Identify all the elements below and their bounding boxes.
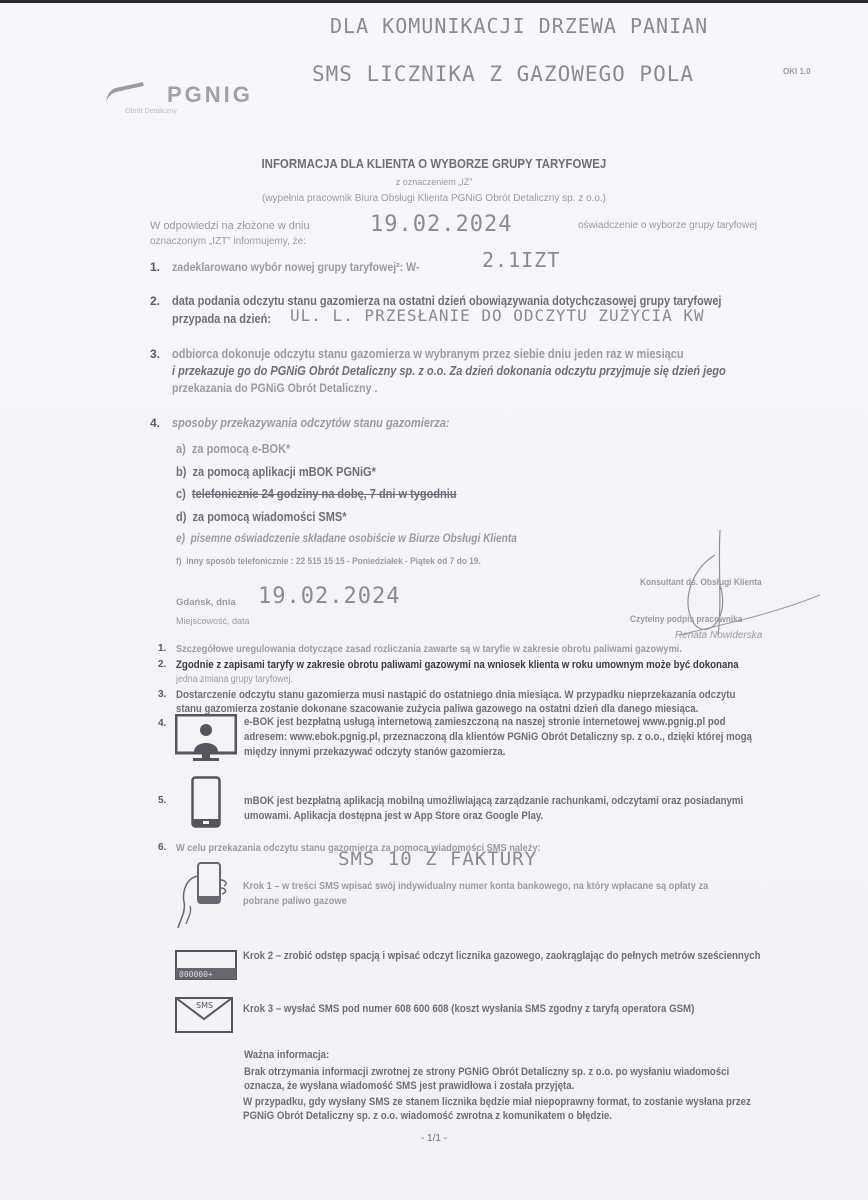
note-5-number: 5. [158, 795, 166, 806]
item-3-number: 3. [150, 347, 160, 361]
sms-handwritten-note: SMS 10 Z FAKTURY [338, 848, 537, 870]
note-5-line2: umowami. Aplikacja dostępna jest w App S… [244, 810, 543, 822]
item-1-number: 1. [150, 260, 160, 274]
step-1-line1: Krok 1 – w treści SMS wpisać swój indywi… [243, 880, 708, 892]
item-3-text3: przekazania do PGNiG Obrót Detaliczny . [172, 381, 377, 395]
note-3-text2: stanu gazomierza zostanie dokonane szaco… [176, 703, 698, 715]
note-4-line1: e-BOK jest bezpłatną usługą internetową … [244, 716, 726, 728]
intro-text-before: W odpowiedzi na złożone w dniu [150, 220, 310, 232]
page-title: INFORMACJA DLA KLIENTA O WYBORZE GRUPY T… [0, 156, 868, 171]
gas-meter-icon: 000000+ [175, 950, 237, 980]
item-1-text: zadeklarowano wybór nowej grupy taryfowe… [172, 260, 419, 274]
stamp-name: Renata Nowiderska [675, 630, 762, 641]
header-note: (wypełnia pracownik Biura Obsługi Klient… [0, 193, 868, 204]
logo-subtitle: Obrót Detaliczny [125, 108, 177, 115]
method-d: d) za pomocą wiadomości SMS* [176, 510, 347, 524]
item-2-number: 2. [150, 294, 160, 308]
item-2-text2: przypada na dzień: [172, 312, 271, 326]
hand-phone-icon [174, 862, 232, 928]
computer-user-icon [175, 714, 237, 762]
pgnig-logo: PGNIG Obrót Detaliczny [105, 78, 285, 118]
item-4-text: sposoby przekazywania odczytów stanu gaz… [172, 416, 450, 430]
step-2-line1: Krok 2 – zrobić odstęp spacją i wpisać o… [243, 950, 761, 962]
item-1-filled-value: 2.1IZT [482, 248, 560, 272]
note-4-line2: adresem: www.ebok.pgnig.pl, przeznaczoną… [244, 731, 752, 743]
method-f: f) inny sposób telefonicznie : 22 515 15… [176, 556, 481, 567]
note-2-number: 2. [158, 659, 166, 670]
intro-text-after: oświadczenie o wyborze grupy taryfowej [578, 220, 757, 231]
logo-swoosh-icon [104, 82, 146, 104]
note-6-number: 6. [158, 842, 166, 853]
intro-date-filled: 19.02.2024 [370, 212, 512, 237]
handwritten-note-line2: SMS LICZNIKA Z GAZOWEGO POLA [312, 62, 694, 86]
important-p1-line2: oznacza, że wysłana wiadomość SMS jest p… [244, 1080, 574, 1092]
sms-envelope-icon: SMS [175, 997, 233, 1033]
item-4-number: 4. [150, 416, 160, 430]
step-3-line1: Krok 3 – wysłać SMS pod numer 608 600 60… [243, 1003, 694, 1015]
step-1-line2: pobrane paliwo gazowe [243, 895, 347, 907]
signature-caption: Czytelny podpis pracownika [630, 614, 742, 625]
important-p2-line1: W przypadku, gdy wysłany SMS ze stanem l… [243, 1096, 751, 1108]
note-2-text: Zgodnie z zapisami taryfy w zakresie obr… [176, 659, 739, 671]
note-3-number: 3. [158, 689, 166, 700]
note-3-text: Dostarczenie odczytu stanu gazomierza mu… [176, 689, 735, 701]
handwritten-note-line1: DLA KOMUNIKACJI DRZEWA PANIAN [330, 14, 708, 38]
method-e: e) pisemne oświadczenie składane osobiśc… [176, 533, 517, 545]
page-number: - 1/1 - [0, 1133, 868, 1144]
page-subtitle: z oznaczeniem „IZ” [0, 177, 868, 187]
item-3-text2: i przekazuje go do PGNiG Obrót Detaliczn… [172, 364, 726, 378]
important-p2-line2: PGNiG Obrót Detaliczny sp. z o.o. wiadom… [243, 1110, 612, 1122]
place-date-caption: Miejscowość, data [176, 616, 250, 626]
intro-line2: oznaczonym „IZT” informujemy, że: [150, 236, 306, 247]
form-code: OKI 1.0 [783, 67, 811, 76]
note-4-line3: między innymi przekazywać odczyty stanów… [244, 746, 505, 758]
place-label: Gdańsk, dnia [176, 597, 236, 608]
important-heading: Ważna informacja: [244, 1049, 329, 1061]
item-2-filled-value: UL. L. PRZESŁANIE DO ODCZYTU ZUŻYCIA KW [290, 306, 705, 325]
important-p1-line1: Brak otrzymania informacji zwrotnej ze s… [244, 1066, 729, 1078]
note-4-number: 4. [158, 718, 166, 729]
note-2-text2: jedna zmiana grupy taryfowej. [176, 674, 293, 685]
method-c: c) telefonicznie 24 godziny na dobę, 7 d… [176, 487, 457, 501]
logo-text: PGNIG [167, 82, 253, 108]
signature-date-filled: 19.02.2024 [258, 584, 400, 609]
note-1-number: 1. [158, 643, 166, 654]
smartphone-icon [191, 776, 221, 828]
method-a: a) za pomocą e-BOK* [176, 442, 290, 456]
svg-text:SMS: SMS [196, 1001, 213, 1010]
item-3-text: odbiorca dokonuje odczytu stanu gazomier… [172, 347, 684, 361]
method-b: b) za pomocą aplikacji mBOK PGNiG* [176, 465, 376, 479]
consultant-role: Konsultant ds. Obsługi Klienta [640, 577, 762, 588]
note-5-line1: mBOK jest bezpłatną aplikacją mobilną um… [244, 795, 743, 807]
svg-text:000000+: 000000+ [179, 970, 213, 979]
note-1-text: Szczegółowe uregulowania dotyczące zasad… [176, 643, 682, 655]
